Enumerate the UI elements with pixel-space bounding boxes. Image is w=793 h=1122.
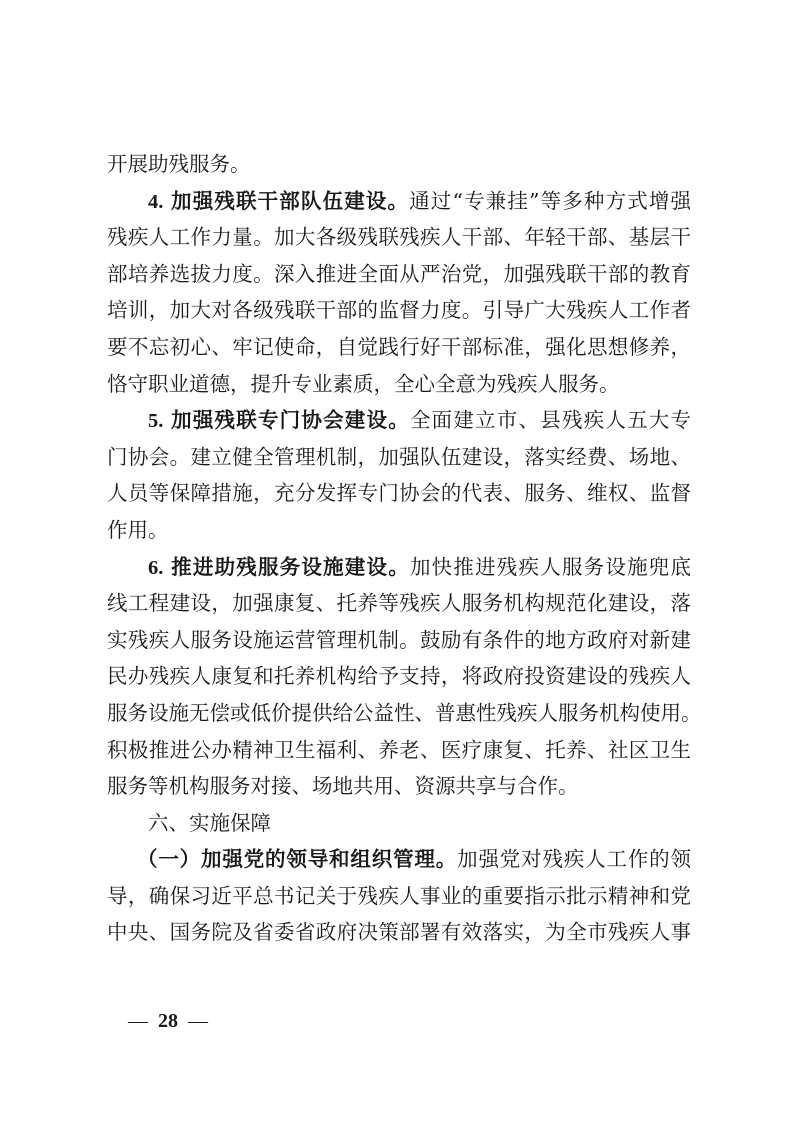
paragraph-line: 部培养选拔力度。深入推进全面从严治党，加强残联干部的教育 (107, 256, 691, 293)
section-5-heading-line: 5. 加强残联专门协会建设。全面建立市、县残疾人五大专 (107, 402, 691, 439)
paragraph-line: 恪守职业道德，提升专业素质，全心全意为残疾人服务。 (107, 366, 691, 403)
document-body: 开展助残服务。 4. 加强残联干部队伍建设。通过“专兼挂”等多种方式增强 残疾人… (107, 146, 691, 951)
chapter-heading: 六、实施保障 (107, 805, 691, 842)
item-title: （一）加强党的领导和组织管理。 (137, 847, 457, 871)
page-footer: —28— (128, 1010, 208, 1033)
paragraph-line: 民办残疾人康复和托养机构给予支持，将政府投资建设的残疾人 (107, 658, 691, 695)
paragraph-line: 培训，加大对各级残联干部的监督力度。引导广大残疾人工作者 (107, 292, 691, 329)
item-title: 加强残联专门协会建设。 (171, 408, 410, 432)
item-text: 通过“专兼挂”等多种方式增强 (409, 189, 691, 213)
footer-dash-right: — (188, 1010, 208, 1032)
paragraph-line: 中央、国务院及省委省政府决策部署有效落实，为全市残疾人事 (107, 914, 691, 951)
paragraph-line: 要不忘初心、牢记使命，自觉践行好干部标准，强化思想修养， (107, 329, 691, 366)
item-text: 加快推进残疾人服务设施兜底 (410, 555, 691, 579)
paragraph-line: 开展助残服务。 (107, 146, 691, 183)
item-text: 全面建立市、县残疾人五大专 (410, 408, 691, 432)
paragraph-line: 门协会。建立健全管理机制，加强队伍建设，落实经费、场地、 (107, 439, 691, 476)
paragraph-line: 积极推进公办精神卫生福利、养老、医疗康复、托养、社区卫生 (107, 732, 691, 769)
paragraph-line: 实残疾人服务设施运营管理机制。鼓励有条件的地方政府对新建 (107, 622, 691, 659)
item-text: 加强党对残疾人工作的领 (457, 847, 691, 871)
paragraph-line: 服务设施无偿或低价提供给公益性、普惠性残疾人服务机构使用。 (107, 695, 691, 732)
item-title: 推进助残服务设施建设。 (171, 555, 410, 579)
paragraph-line: 服务等机构服务对接、场地共用、资源共享与合作。 (107, 768, 691, 805)
footer-dash-left: — (128, 1010, 148, 1032)
item-title: 加强残联干部队伍建设。 (171, 189, 409, 213)
item-number: 4. (148, 191, 163, 213)
subsection-1-heading-line: （一）加强党的领导和组织管理。加强党对残疾人工作的领 (107, 841, 691, 878)
paragraph-line: 线工程建设，加强康复、托养等残疾人服务机构规范化建设，落 (107, 585, 691, 622)
section-4-heading-line: 4. 加强残联干部队伍建设。通过“专兼挂”等多种方式增强 (107, 183, 691, 220)
item-number: 5. (148, 410, 163, 432)
paragraph-line: 人员等保障措施，充分发挥专门协会的代表、服务、维权、监督 (107, 475, 691, 512)
paragraph-line: 残疾人工作力量。加大各级残联残疾人干部、年轻干部、基层干 (107, 219, 691, 256)
section-6-heading-line: 6. 推进助残服务设施建设。加快推进残疾人服务设施兜底 (107, 549, 691, 586)
item-number: 6. (148, 557, 163, 579)
paragraph-line: 作用。 (107, 512, 691, 549)
page-number: 28 (158, 1010, 178, 1032)
paragraph-line: 导，确保习近平总书记关于残疾人事业的重要指示批示精神和党 (107, 878, 691, 915)
